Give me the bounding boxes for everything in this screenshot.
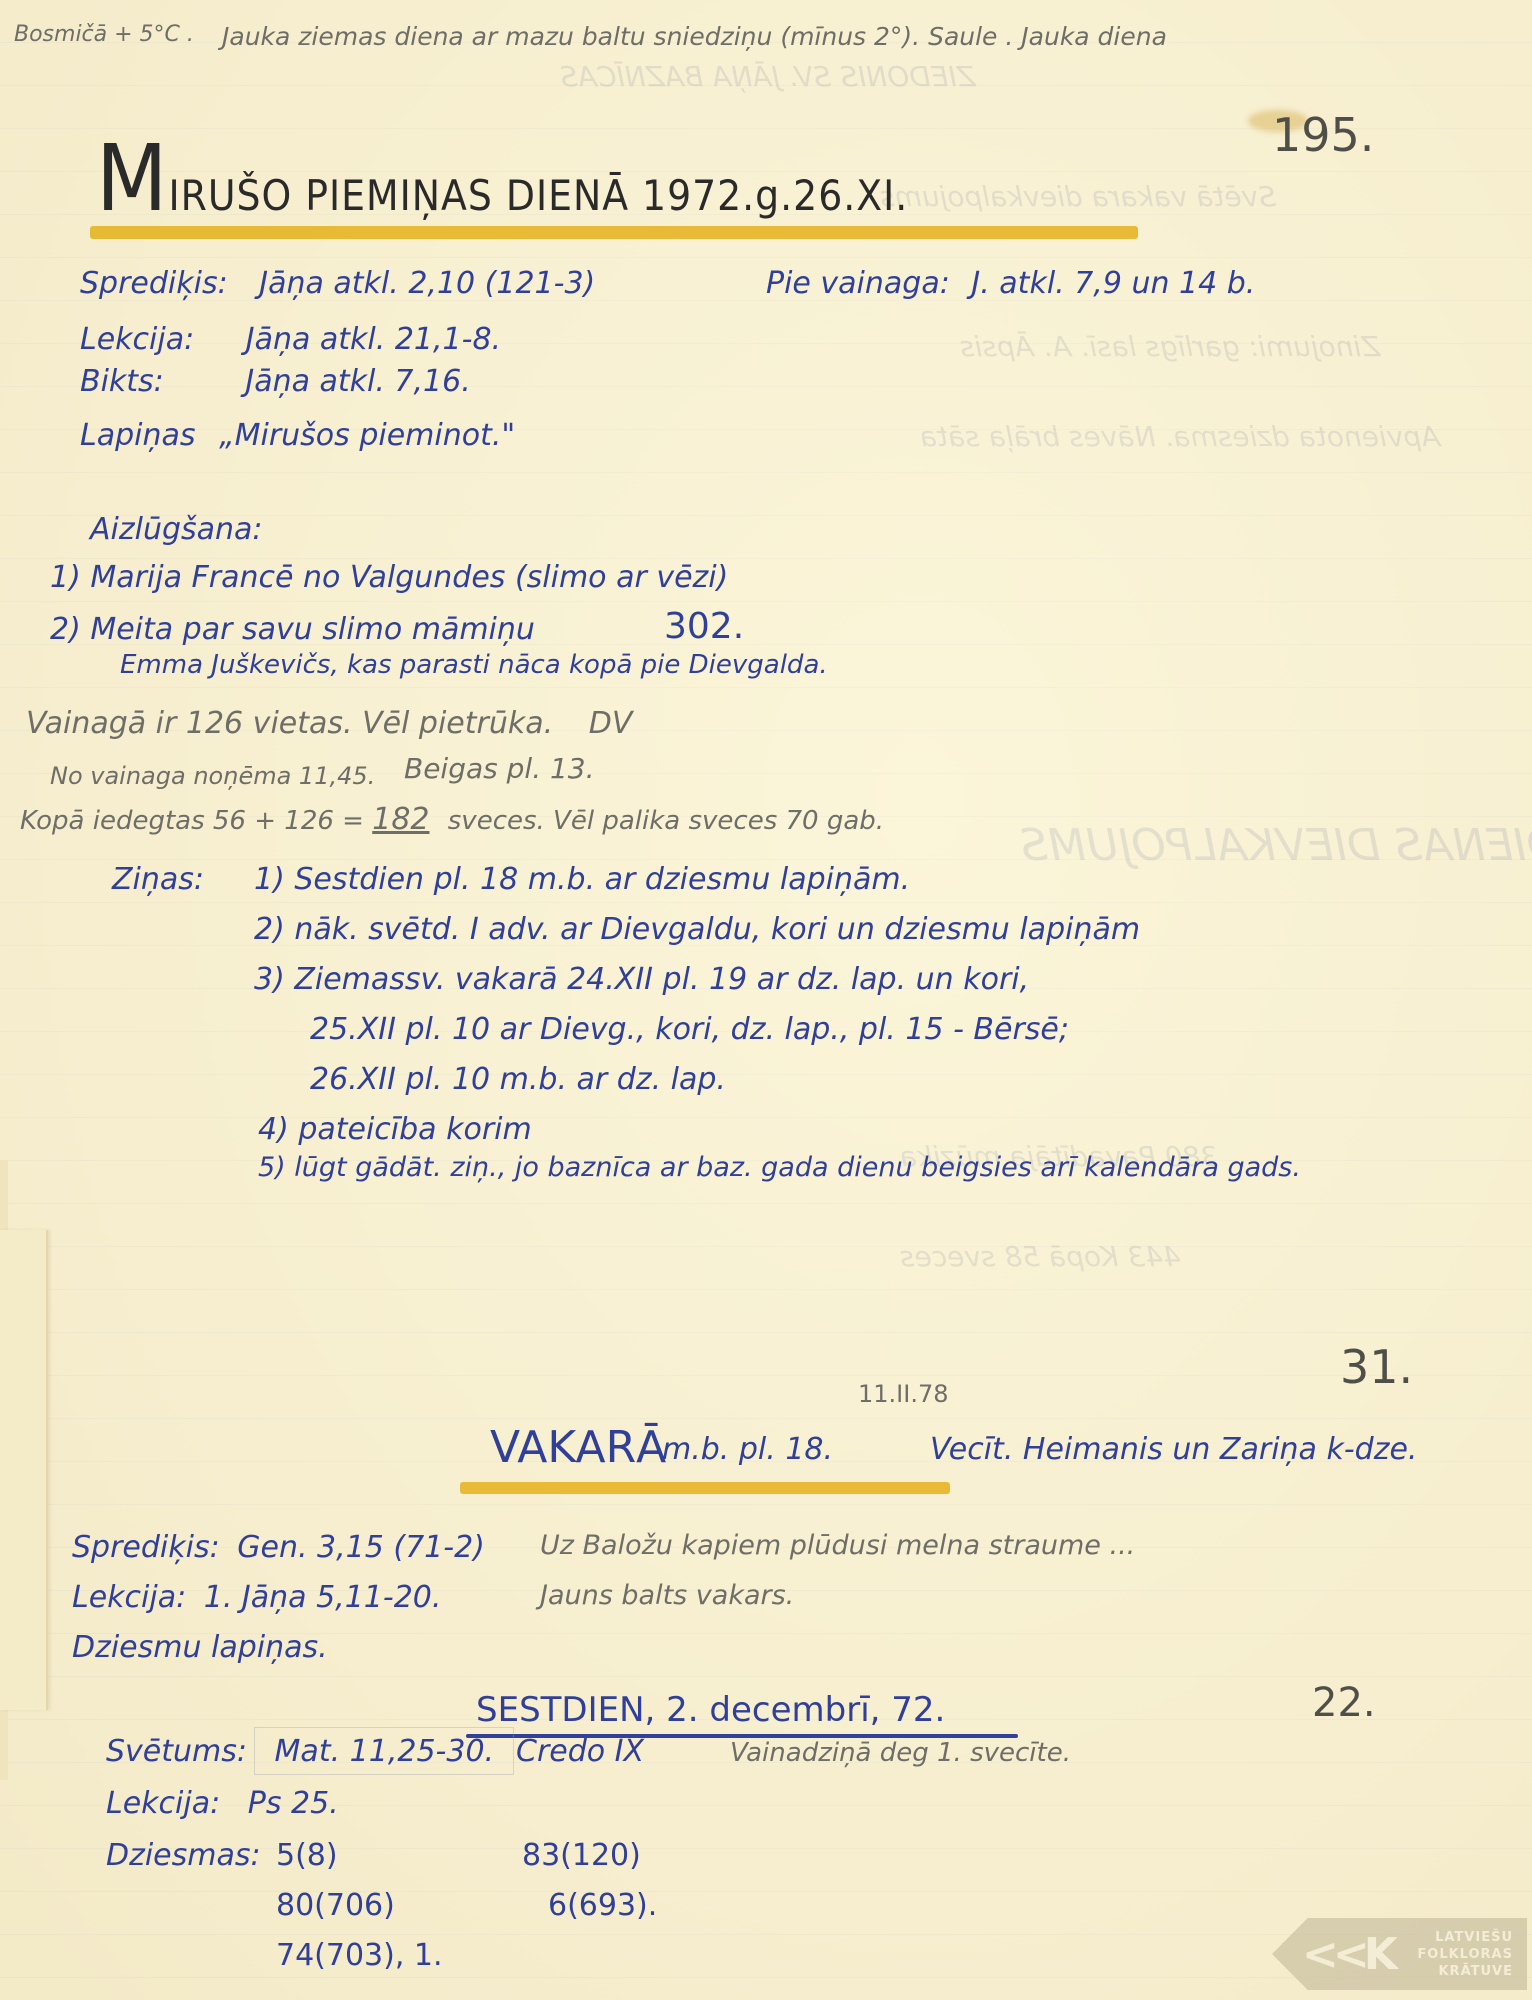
- announcement-item: 2) nāk. svētd. I adv. ar Dievgaldu, kori…: [254, 912, 1140, 947]
- evening-pencil-note: Uz Baložu kapiem plūdusi melna straume .…: [540, 1530, 1135, 1561]
- evening-lection-value: 1. Jāņa 5,11-20.: [204, 1580, 442, 1615]
- pencil-note: Vainagā ir 126 vietas. Vēl pietrūka. DV: [26, 706, 632, 741]
- evening-leaders: Vecīt. Heimanis un Zariņa k-dze.: [930, 1432, 1417, 1467]
- pencil-note: No vainaga noņēma 11,45.: [50, 762, 375, 790]
- page-number-tertiary: 22.: [1312, 1680, 1376, 1726]
- announcement-item: 5) lūgt gādāt. ziņ., jo baznīca ar baz. …: [258, 1152, 1301, 1183]
- songs-label: Dziesmas:: [106, 1838, 261, 1873]
- saturday-lection-label: Lekcija:: [106, 1786, 220, 1821]
- evening-lection: Lekcija: 1. Jāņa 5,11-20.: [72, 1580, 441, 1615]
- song-number: 5(8): [276, 1838, 338, 1873]
- evening-leaflets: Dziesmu lapiņas.: [72, 1630, 328, 1665]
- saturday-reading-value: Mat. 11,25-30.: [275, 1734, 495, 1769]
- logo-line: KRĀTUVE: [1417, 1963, 1513, 1980]
- sermon-value: Jāņa atkl. 2,10 (121-3): [259, 266, 595, 301]
- inserted-paper-strip: [0, 1230, 48, 1710]
- intercession-item: Emma Juškevičs, kas parasti nāca kopā pi…: [120, 650, 828, 680]
- weather-description: Jauka ziemas diena ar mazu baltu sniedzi…: [222, 22, 1167, 51]
- archive-logo-text: LATVIEŠU FOLKLORAS KRĀTUVE: [1417, 1929, 1513, 1980]
- evening-pencil-note: Jauns balts vakars.: [540, 1580, 794, 1611]
- pencil-note: Beigas pl. 13.: [404, 752, 595, 785]
- lection-value: Jāņa atkl. 21,1-8.: [246, 322, 501, 357]
- archive-watermark-logo: <<K LATVIEŠU FOLKLORAS KRĀTUVE: [1272, 1918, 1527, 1990]
- announcement-item: 25.XII pl. 10 ar Dievg., kori, dz. lap.,…: [310, 1012, 1069, 1047]
- announcements-label: Ziņas:: [112, 862, 204, 897]
- saturday-pencil-note: Vainadziņā deg 1. svecīte.: [730, 1738, 1071, 1768]
- lection-label: Lekcija:: [80, 322, 194, 357]
- evening-sermon: Sprediķis: Gen. 3,15 (71-2): [72, 1530, 485, 1565]
- wreath-label: Pie vainaga:: [766, 266, 950, 301]
- saturday-lection: Lekcija: Ps 25.: [106, 1786, 339, 1821]
- leaflets-label: Lapiņas: [80, 418, 196, 453]
- evening-heading: VAKARĀ: [490, 1422, 666, 1473]
- archive-logo-icon: <<K: [1302, 1929, 1392, 1980]
- saturday-reading: Svētums: Mat. 11,25-30.: [106, 1734, 494, 1769]
- announcement-item: 26.XII pl. 10 m.b. ar dz. lap.: [310, 1062, 726, 1097]
- logo-line: FOLKLORAS: [1417, 1946, 1513, 1963]
- pencil-note-mark: DV: [589, 706, 633, 741]
- confession-value: Jāņa atkl. 7,16.: [245, 364, 470, 399]
- evening-time: m.b. pl. 18.: [662, 1432, 833, 1467]
- page-title: MIRUŠO PIEMIŅAS DIENĀ 1972.g.26.XI.: [96, 125, 908, 232]
- pencil-note-total: Kopā iedegtas 56 + 126 = 182 sveces. Vēl…: [20, 802, 884, 837]
- page-number-secondary: 31.: [1340, 1340, 1413, 1394]
- lection-line: Lekcija: Jāņa atkl. 21,1-8.: [80, 322, 501, 357]
- evening-sermon-label: Sprediķis:: [72, 1530, 220, 1565]
- bleed-through-text: 443 Kopā 58 sveces: [900, 1240, 1181, 1273]
- bleed-through-text: Zinojumi: garlīgs lasī. A. Āpsis: [960, 330, 1380, 363]
- evening-sermon-value: Gen. 3,15 (71-2): [237, 1530, 485, 1565]
- candle-total: 182: [372, 802, 429, 837]
- evening-highlight-underline: [460, 1482, 950, 1494]
- saturday-heading: SESTDIEN, 2. decembrī, 72.: [476, 1690, 945, 1730]
- credo: Credo IX: [516, 1734, 644, 1769]
- intercession-item: 2) Meita par savu slimo māmiņu: [50, 612, 535, 647]
- song-number: 83(120): [522, 1838, 641, 1873]
- leaflets-value: „Mirušos pieminot.": [219, 418, 515, 453]
- bleed-through-text: ZIEDONIS SV. JĀŅA BAZNĪCAS: [560, 60, 976, 93]
- sermon-label: Sprediķis:: [80, 266, 228, 301]
- saturday-lection-value: Ps 25.: [248, 1786, 339, 1821]
- pencil-date: 11.II.78: [858, 1380, 949, 1408]
- announcement-item: 1) Sestdien pl. 18 m.b. ar dziesmu lapiņ…: [254, 862, 910, 897]
- wreath-value: J. atkl. 7,9 un 14 b.: [971, 266, 1255, 301]
- wreath-line: Pie vainaga: J. atkl. 7,9 un 14 b.: [766, 266, 1255, 301]
- pencil-note-text: Vainagā ir 126 vietas. Vēl pietrūka.: [26, 706, 553, 741]
- confession-line: Bikts: Jāņa atkl. 7,16.: [80, 364, 471, 399]
- pencil-note-text: sveces. Vēl palika sveces 70 gab.: [448, 806, 884, 836]
- title-initial: M: [96, 125, 168, 232]
- page-number: 195.: [1272, 108, 1374, 162]
- bleed-through-text: Svētā vakara dievkalpojums: [880, 180, 1276, 213]
- intercession-item: 1) Marija Francē no Valgundes (slimo ar …: [50, 560, 728, 595]
- intercession-number: 302.: [664, 606, 744, 647]
- leaflets-line: Lapiņas „Mirušos pieminot.": [80, 418, 515, 453]
- sermon-line: Sprediķis: Jāņa atkl. 2,10 (121-3): [80, 266, 595, 301]
- evening-lection-label: Lekcija:: [72, 1580, 186, 1615]
- bleed-through-text: MIRUŠO PIEMIŅAS DIENAS DIEVKALPOJUMS: [1020, 820, 1532, 871]
- weather-note: Bosmičā + 5°C .: [14, 22, 194, 47]
- intercession-label: Aizlūgšana:: [90, 512, 263, 547]
- song-number: 74(703), 1.: [276, 1938, 443, 1973]
- announcement-item: 3) Ziemassv. vakarā 24.XII pl. 19 ar dz.…: [254, 962, 1029, 997]
- bleed-through-text: Apvienota dziesma. Nāves brāļa sāta: [920, 420, 1440, 453]
- confession-label: Bikts:: [80, 364, 164, 399]
- logo-line: LATVIEŠU: [1417, 1929, 1513, 1946]
- saturday-reading-label: Svētums:: [106, 1734, 247, 1769]
- title-highlight-underline: [90, 226, 1138, 239]
- song-number: 80(706): [276, 1888, 395, 1923]
- pencil-note-text: Kopā iedegtas 56 + 126 =: [20, 806, 364, 836]
- announcement-item: 4) pateicība korim: [258, 1112, 532, 1147]
- song-number: 6(693).: [548, 1888, 657, 1923]
- title-text: IRUŠO PIEMIŅAS DIENĀ 1972.g.26.XI.: [168, 171, 908, 220]
